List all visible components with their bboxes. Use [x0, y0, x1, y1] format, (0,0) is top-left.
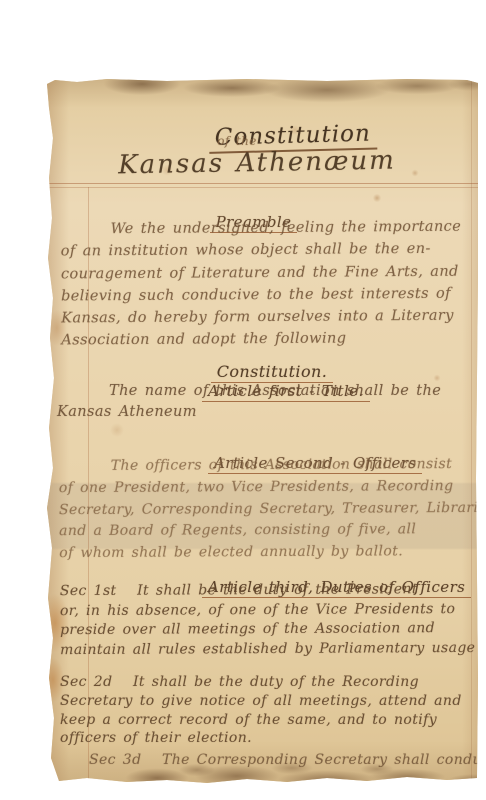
- article-first-body: The name of this Association shall be th…: [57, 381, 471, 423]
- manuscript-page: Constitution of the Kansas Athenæum Prea…: [47, 78, 478, 783]
- scan-background: Constitution of the Kansas Athenæum Prea…: [0, 0, 486, 800]
- ruled-line-horizontal-second: [47, 187, 478, 188]
- title-organization-name: Kansas Athenæum: [102, 145, 412, 180]
- preamble-body: We the undersigned, feeling the importan…: [61, 216, 471, 353]
- title-of-the: of the: [167, 134, 307, 148]
- ruled-line-horizontal: [47, 183, 478, 184]
- article-third-section-1: Sec 1st It shall be the duty of the Pres…: [60, 580, 476, 661]
- article-third-section-2: Sec 2d It shall be the duty of the Recor…: [60, 673, 476, 748]
- article-third-section-3: Sec 3d The Corresponding Secretary shall…: [89, 752, 486, 768]
- article-second-body: The officers of this Association shall c…: [59, 454, 476, 565]
